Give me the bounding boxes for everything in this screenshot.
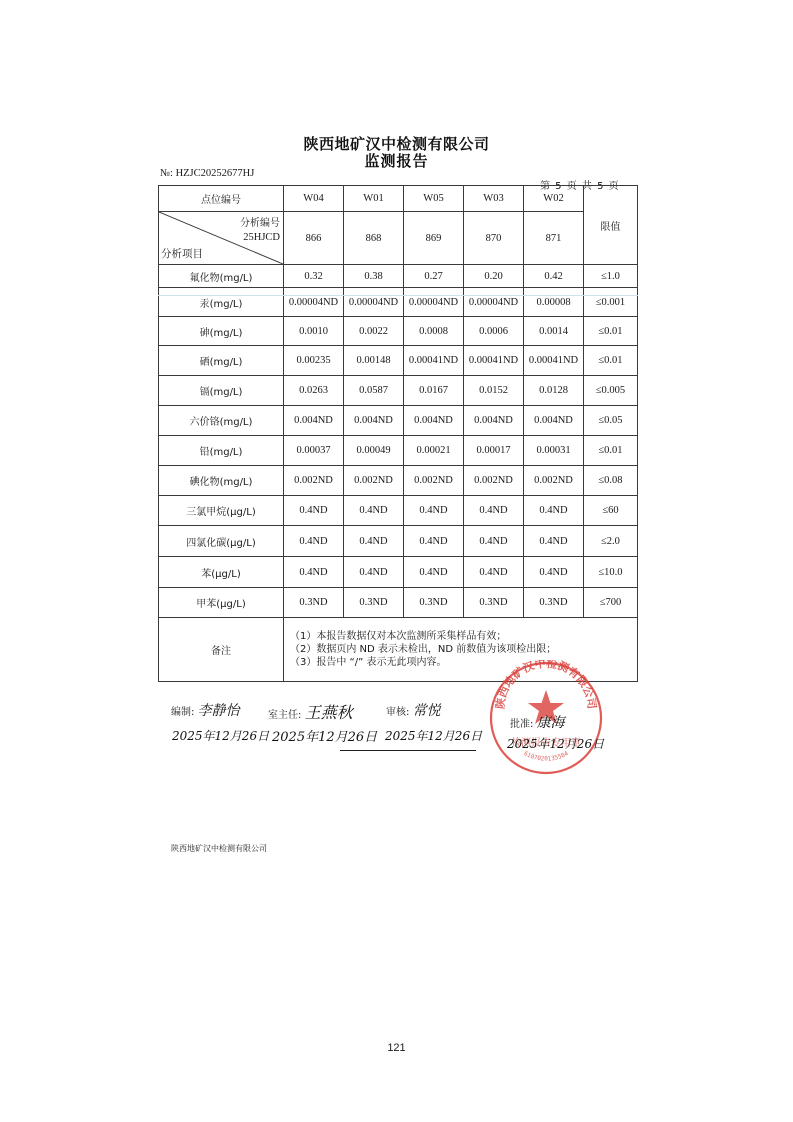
note-item: （2）数据页内 ND 表示未检出，ND 前数值为该项检出限； bbox=[290, 643, 637, 656]
value-cell: 0.4ND bbox=[404, 496, 464, 526]
value-cell: 0.00004ND bbox=[464, 288, 524, 317]
item-name-cell: 氟化物(mg/L) bbox=[159, 265, 284, 288]
reviewer-sig: 常悦 bbox=[413, 703, 441, 719]
page-number: 121 bbox=[0, 1042, 793, 1054]
table-row: 甲苯(μg/L)0.3ND0.3ND0.3ND0.3ND0.3ND≤700 bbox=[159, 588, 638, 618]
value-cell: 0.0167 bbox=[404, 376, 464, 406]
item-name-cell: 六价铬(mg/L) bbox=[159, 406, 284, 436]
value-cell: 0.004ND bbox=[464, 406, 524, 436]
value-cell: 0.0014 bbox=[524, 317, 584, 346]
reviewer-label: 审核: bbox=[386, 707, 409, 718]
value-cell: 0.20 bbox=[464, 265, 524, 288]
limit-cell: ≤0.005 bbox=[584, 376, 638, 406]
value-cell: 0.3ND bbox=[404, 588, 464, 618]
value-cell: 0.002ND bbox=[464, 466, 524, 496]
approver-sig: 康海 bbox=[537, 715, 565, 731]
director-label: 室主任: bbox=[268, 710, 301, 721]
value-cell: 0.0008 bbox=[404, 317, 464, 346]
compiler-label: 编制: bbox=[171, 707, 194, 718]
point-cell: W01 bbox=[344, 186, 404, 212]
value-cell: 0.00037 bbox=[284, 436, 344, 466]
director-date: 2025年12月26日 bbox=[272, 726, 377, 745]
point-cell: W04 bbox=[284, 186, 344, 212]
value-cell: 0.4ND bbox=[404, 557, 464, 588]
value-cell: 0.38 bbox=[344, 265, 404, 288]
reviewer-signature: 审核: 常悦 bbox=[386, 700, 441, 720]
item-name-cell: 硒(mg/L) bbox=[159, 346, 284, 376]
value-cell: 0.00021 bbox=[404, 436, 464, 466]
item-name-cell: 甲苯(μg/L) bbox=[159, 588, 284, 618]
analysis-no-cell: 870 bbox=[464, 212, 524, 265]
analysis-no-cell: 869 bbox=[404, 212, 464, 265]
limit-header: 限值 bbox=[584, 186, 638, 265]
table-row: 三氯甲烷(μg/L)0.4ND0.4ND0.4ND0.4ND0.4ND≤60 bbox=[159, 496, 638, 526]
value-cell: 0.4ND bbox=[524, 496, 584, 526]
value-cell: 0.00017 bbox=[464, 436, 524, 466]
table-row: 四氯化碳(μg/L)0.4ND0.4ND0.4ND0.4ND0.4ND≤2.0 bbox=[159, 526, 638, 557]
value-cell: 0.4ND bbox=[284, 526, 344, 557]
diagonal-header-cell: 分析编号 25HJCD 分析项目 bbox=[159, 212, 284, 265]
limit-cell: ≤10.0 bbox=[584, 557, 638, 588]
value-cell: 0.00049 bbox=[344, 436, 404, 466]
scan-artifact-line bbox=[158, 295, 638, 296]
signature-underline bbox=[340, 750, 476, 751]
report-number: №: HZJC20252677HJ bbox=[160, 168, 254, 179]
point-cell: W02 bbox=[524, 186, 584, 212]
table-header-row: 点位编号 W04 W01 W05 W03 W02 限值 bbox=[159, 186, 638, 212]
item-name-cell: 砷(mg/L) bbox=[159, 317, 284, 346]
value-cell: 0.3ND bbox=[344, 588, 404, 618]
footer-company: 陕西地矿汉中检测有限公司 bbox=[171, 843, 267, 854]
table-row: 砷(mg/L)0.00100.00220.00080.00060.0014≤0.… bbox=[159, 317, 638, 346]
value-cell: 0.00004ND bbox=[344, 288, 404, 317]
item-name-cell: 碘化物(mg/L) bbox=[159, 466, 284, 496]
analysis-no-cell: 868 bbox=[344, 212, 404, 265]
approver-signature: 批准: 康海 bbox=[510, 712, 565, 732]
item-label: 分析项目 bbox=[161, 246, 203, 261]
value-cell: 0.002ND bbox=[524, 466, 584, 496]
compiler-date: 2025年12月26日 bbox=[172, 727, 269, 744]
value-cell: 0.4ND bbox=[344, 496, 404, 526]
value-cell: 0.0587 bbox=[344, 376, 404, 406]
value-cell: 0.00008 bbox=[524, 288, 584, 317]
compiler-sig: 李静怡 bbox=[198, 703, 240, 719]
limit-cell: ≤0.01 bbox=[584, 436, 638, 466]
director-signature: 室主任: 王燕秋 bbox=[268, 700, 353, 723]
value-cell: 0.0006 bbox=[464, 317, 524, 346]
results-table: 点位编号 W04 W01 W05 W03 W02 限值 分析编号 25HJCD … bbox=[158, 185, 638, 682]
notes-label: 备注 bbox=[159, 618, 284, 682]
report-number-label: №: bbox=[160, 168, 173, 179]
value-cell: 0.002ND bbox=[284, 466, 344, 496]
value-cell: 0.4ND bbox=[284, 557, 344, 588]
analysis-no-label: 分析编号 bbox=[240, 217, 280, 231]
reviewer-date: 2025年12月26日 bbox=[385, 727, 482, 744]
value-cell: 0.4ND bbox=[464, 526, 524, 557]
value-cell: 0.004ND bbox=[524, 406, 584, 436]
table-row: 苯(μg/L)0.4ND0.4ND0.4ND0.4ND0.4ND≤10.0 bbox=[159, 557, 638, 588]
table-row: 氟化物(mg/L)0.320.380.270.200.42≤1.0 bbox=[159, 265, 638, 288]
point-cell: W03 bbox=[464, 186, 524, 212]
value-cell: 0.00148 bbox=[344, 346, 404, 376]
value-cell: 0.002ND bbox=[404, 466, 464, 496]
value-cell: 0.0263 bbox=[284, 376, 344, 406]
item-name-cell: 三氯甲烷(μg/L) bbox=[159, 496, 284, 526]
value-cell: 0.27 bbox=[404, 265, 464, 288]
value-cell: 0.00004ND bbox=[284, 288, 344, 317]
value-cell: 0.42 bbox=[524, 265, 584, 288]
value-cell: 0.4ND bbox=[464, 557, 524, 588]
value-cell: 0.004ND bbox=[404, 406, 464, 436]
compiler-signature: 编制: 李静怡 bbox=[171, 700, 240, 720]
table-row: 碘化物(mg/L)0.002ND0.002ND0.002ND0.002ND0.0… bbox=[159, 466, 638, 496]
approver-label: 批准: bbox=[510, 719, 533, 730]
value-cell: 0.4ND bbox=[464, 496, 524, 526]
value-cell: 0.004ND bbox=[344, 406, 404, 436]
item-name-cell: 苯(μg/L) bbox=[159, 557, 284, 588]
item-name-cell: 四氯化碳(μg/L) bbox=[159, 526, 284, 557]
limit-cell: ≤0.05 bbox=[584, 406, 638, 436]
item-name-cell: 镉(mg/L) bbox=[159, 376, 284, 406]
table-row: 镉(mg/L)0.02630.05870.01670.01520.0128≤0.… bbox=[159, 376, 638, 406]
report-number-value: HZJC20252677HJ bbox=[176, 168, 255, 179]
analysis-no-row: 分析编号 25HJCD 分析项目 866 868 869 870 871 bbox=[159, 212, 638, 265]
value-cell: 0.3ND bbox=[524, 588, 584, 618]
value-cell: 0.3ND bbox=[284, 588, 344, 618]
limit-cell: ≤60 bbox=[584, 496, 638, 526]
value-cell: 0.4ND bbox=[284, 496, 344, 526]
approver-date: 2025年12月26日 bbox=[507, 735, 604, 752]
item-name-cell: 铅(mg/L) bbox=[159, 436, 284, 466]
table-row: 铅(mg/L)0.000370.000490.000210.000170.000… bbox=[159, 436, 638, 466]
analysis-no-cell: 871 bbox=[524, 212, 584, 265]
limit-cell: ≤1.0 bbox=[584, 265, 638, 288]
value-cell: 0.002ND bbox=[344, 466, 404, 496]
limit-cell: ≤0.08 bbox=[584, 466, 638, 496]
value-cell: 0.00041ND bbox=[404, 346, 464, 376]
value-cell: 0.4ND bbox=[524, 526, 584, 557]
table-row: 硒(mg/L)0.002350.001480.00041ND0.00041ND0… bbox=[159, 346, 638, 376]
director-sig: 王燕秋 bbox=[305, 703, 353, 722]
report-title: 监测报告 bbox=[0, 150, 793, 171]
value-cell: 0.0128 bbox=[524, 376, 584, 406]
analysis-no-prefix: 25HJCD bbox=[240, 231, 280, 245]
value-cell: 0.00031 bbox=[524, 436, 584, 466]
value-cell: 0.0152 bbox=[464, 376, 524, 406]
value-cell: 0.00041ND bbox=[464, 346, 524, 376]
value-cell: 0.004ND bbox=[284, 406, 344, 436]
item-name-cell: 汞(mg/L) bbox=[159, 288, 284, 317]
point-cell: W05 bbox=[404, 186, 464, 212]
value-cell: 0.0022 bbox=[344, 317, 404, 346]
note-item: （1）本报告数据仅对本次监测所采集样品有效； bbox=[290, 630, 637, 643]
value-cell: 0.00235 bbox=[284, 346, 344, 376]
table-row: 汞(mg/L)0.00004ND0.00004ND0.00004ND0.0000… bbox=[159, 288, 638, 317]
value-cell: 0.0010 bbox=[284, 317, 344, 346]
value-cell: 0.4ND bbox=[344, 557, 404, 588]
limit-cell: ≤2.0 bbox=[584, 526, 638, 557]
value-cell: 0.4ND bbox=[404, 526, 464, 557]
value-cell: 0.00004ND bbox=[404, 288, 464, 317]
value-cell: 0.4ND bbox=[344, 526, 404, 557]
table-row: 六价铬(mg/L)0.004ND0.004ND0.004ND0.004ND0.0… bbox=[159, 406, 638, 436]
limit-cell: ≤700 bbox=[584, 588, 638, 618]
value-cell: 0.4ND bbox=[524, 557, 584, 588]
value-cell: 0.3ND bbox=[464, 588, 524, 618]
point-label-cell: 点位编号 bbox=[159, 186, 284, 212]
value-cell: 0.32 bbox=[284, 265, 344, 288]
limit-cell: ≤0.001 bbox=[584, 288, 638, 317]
limit-cell: ≤0.01 bbox=[584, 317, 638, 346]
analysis-no-cell: 866 bbox=[284, 212, 344, 265]
limit-cell: ≤0.01 bbox=[584, 346, 638, 376]
value-cell: 0.00041ND bbox=[524, 346, 584, 376]
